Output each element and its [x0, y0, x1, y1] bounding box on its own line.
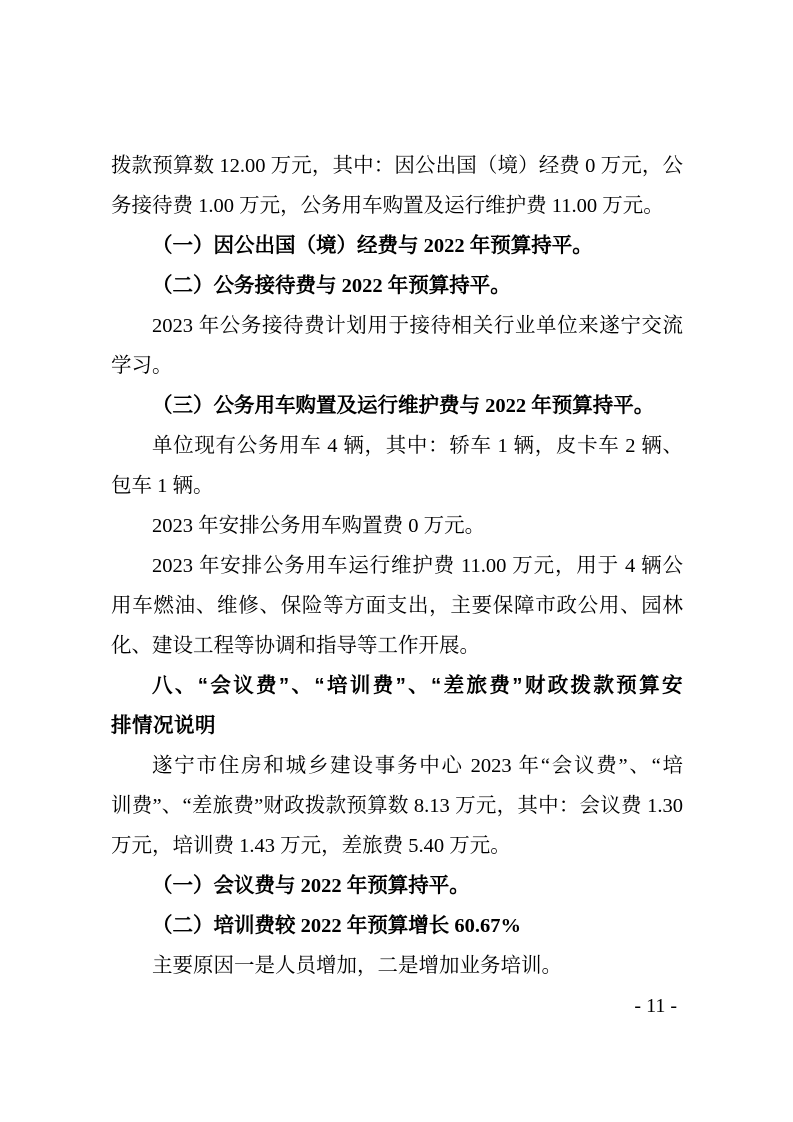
paragraph-line: 务接待费 1.00 万元，公务用车购置及运行维护费 11.00 万元。	[111, 186, 683, 226]
document-page: 拨款预算数 12.00 万元，其中：因公出国（境）经费 0 万元，公务接待费 1…	[0, 0, 793, 1122]
paragraph-line: 主要原因一是人员增加，二是增加业务培训。	[111, 946, 683, 986]
heading-line: （一）因公出国（境）经费与 2022 年预算持平。	[111, 226, 683, 266]
heading-line: 排情况说明	[111, 706, 683, 746]
paragraph-line: 2023 年公务接待费计划用于接待相关行业单位来遂宁交流	[111, 306, 683, 346]
heading-line: （二）培训费较 2022 年预算增长 60.67%	[111, 906, 683, 946]
heading-line: （三）公务用车购置及运行维护费与 2022 年预算持平。	[111, 386, 683, 426]
page-content: 拨款预算数 12.00 万元，其中：因公出国（境）经费 0 万元，公务接待费 1…	[111, 146, 683, 986]
paragraph-line: 遂宁市住房和城乡建设事务中心 2023 年“会议费”、“培	[111, 746, 683, 786]
page-number: - 11 -	[111, 986, 677, 1026]
paragraph-line: 包车 1 辆。	[111, 466, 683, 506]
paragraph-line: 万元，培训费 1.43 万元，差旅费 5.40 万元。	[111, 826, 683, 866]
paragraph-line: 2023 年安排公务用车运行维护费 11.00 万元，用于 4 辆公务	[111, 546, 683, 586]
paragraph-line: 用车燃油、维修、保险等方面支出，主要保障市政公用、园林绿	[111, 586, 683, 626]
paragraph-line: 训费”、“差旅费”财政拨款预算数 8.13 万元，其中：会议费 1.30	[111, 786, 683, 826]
heading-line: （二）公务接待费与 2022 年预算持平。	[111, 266, 683, 306]
heading-line: 八、“会议费”、“培训费”、“差旅费”财政拨款预算安	[111, 666, 683, 706]
paragraph-line: 2023 年安排公务用车购置费 0 万元。	[111, 506, 683, 546]
paragraph-line: 拨款预算数 12.00 万元，其中：因公出国（境）经费 0 万元，公	[111, 146, 683, 186]
paragraph-line: 学习。	[111, 346, 683, 386]
paragraph-line: 单位现有公务用车 4 辆，其中：轿车 1 辆，皮卡车 2 辆、面	[111, 426, 683, 466]
paragraph-line: 化、建设工程等协调和指导等工作开展。	[111, 626, 683, 666]
heading-line: （一）会议费与 2022 年预算持平。	[111, 866, 683, 906]
